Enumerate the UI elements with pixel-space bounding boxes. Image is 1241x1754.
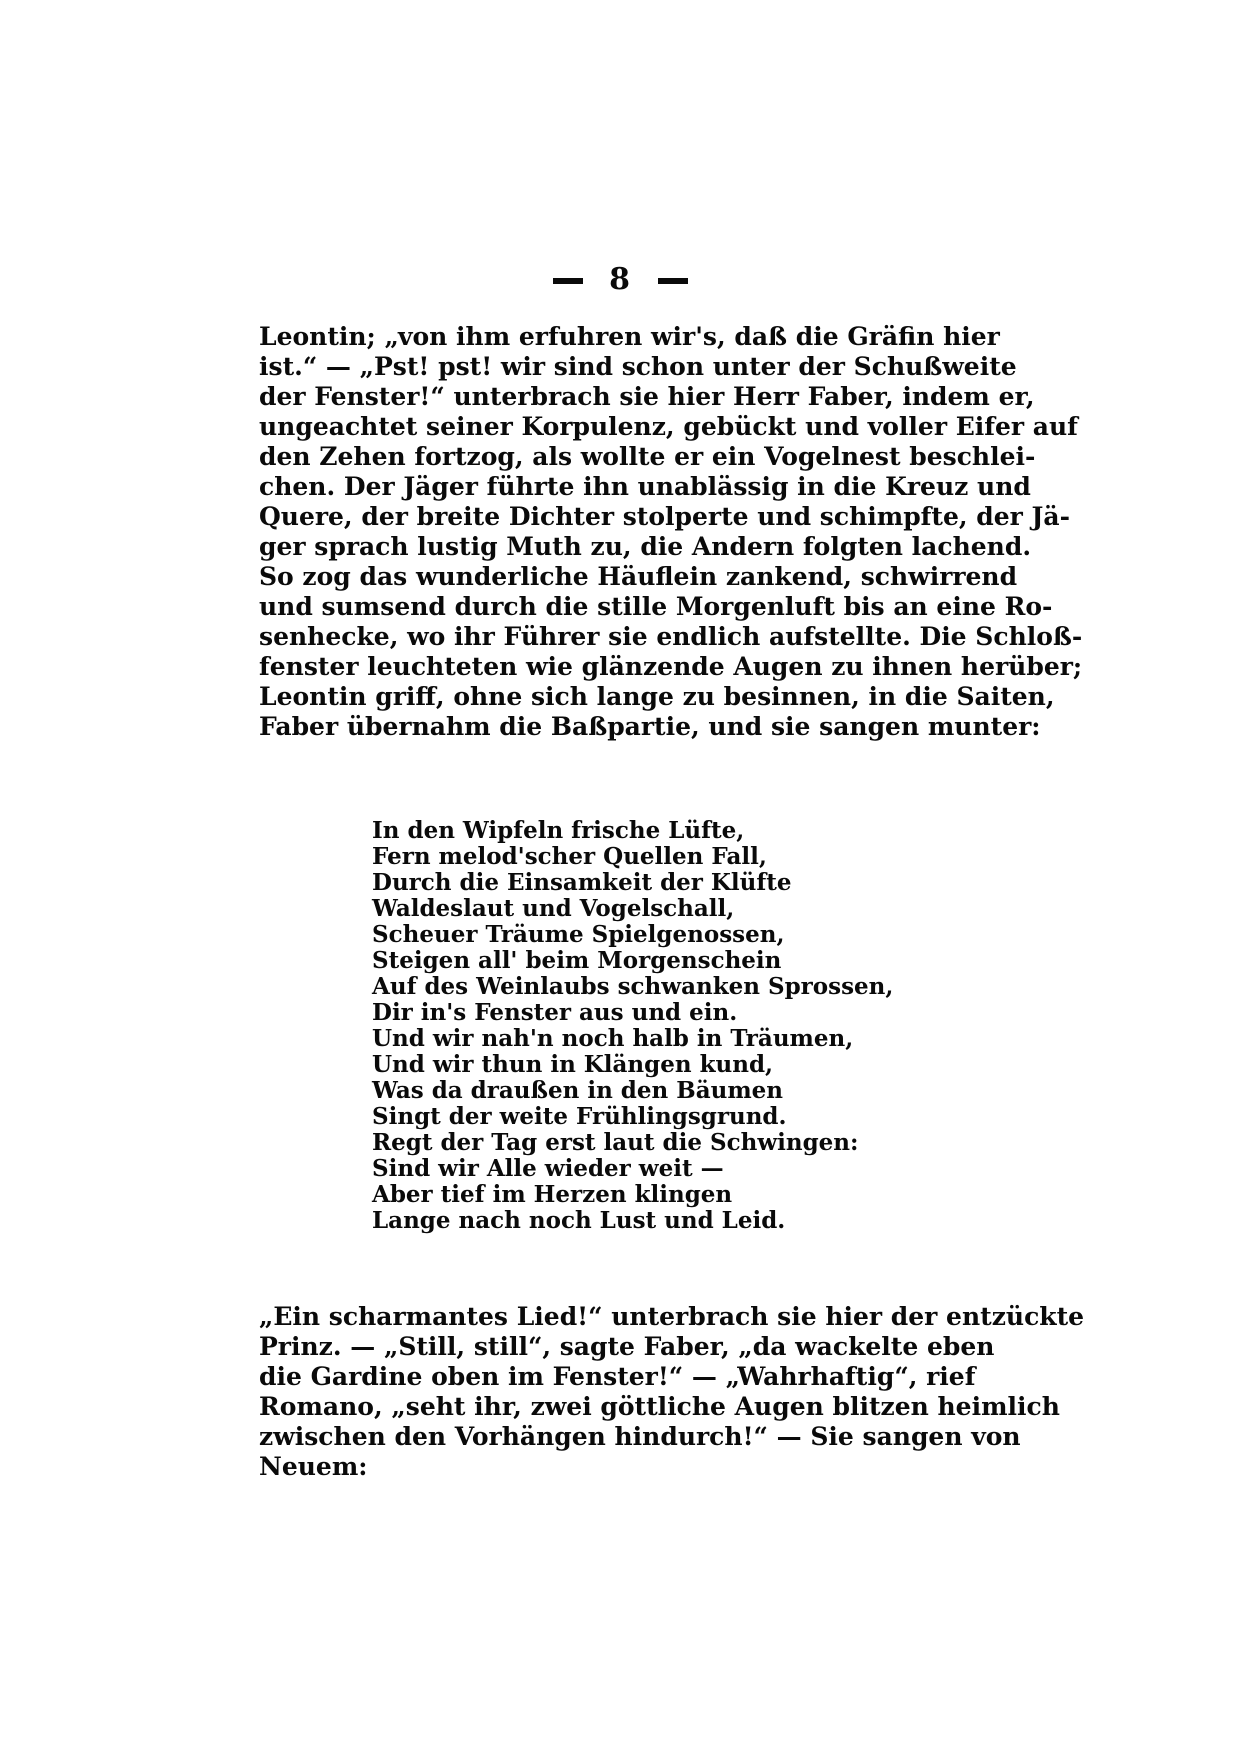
verse-line: Scheuer Träume Spielgenossen, [372,922,932,948]
verse-line: Lange nach noch Lust und Leid. [372,1208,932,1234]
verse-line: Dir in's Fenster aus und ein. [372,1000,932,1026]
verse-line: Und wir nah'n noch halb in Träumen, [372,1026,932,1052]
verse-line: Singt der weite Frühlingsgrund. [372,1104,932,1130]
text-line: „Ein scharmantes Lied!“ unterbrach sie h… [259,1302,971,1332]
verse-line: Waldeslaut und Vogelschall, [372,896,932,922]
verse-line: Was da draußen in den Bäumen [372,1078,932,1104]
verse-line: Regt der Tag erst laut die Schwingen: [372,1130,932,1156]
text-line: Prinz. — „Still, still“, sagte Faber, „d… [259,1332,971,1362]
left-dash-ornament [553,278,583,284]
text-line: den Zehen fortzog, als wollte er ein Vog… [259,442,971,472]
page-number: 8 [609,262,632,297]
verse-line: Auf des Weinlaubs schwanken Sprossen, [372,974,932,1000]
text-line: Quere, der breite Dichter stolperte und … [259,502,971,532]
text-line: die Gardine oben im Fenster!“ — „Wahrhaf… [259,1362,971,1392]
text-line: zwischen den Vorhängen hindurch!“ — Sie … [259,1422,971,1452]
text-line: ist.“ — „Pst! pst! wir sind schon unter … [259,352,971,382]
right-dash-ornament [658,278,688,284]
text-line: Faber übernahm die Baßpartie, und sie sa… [259,712,971,742]
verse-line: Durch die Einsamkeit der Klüfte [372,870,932,896]
verse-line: Sind wir Alle wieder weit — [372,1156,932,1182]
text-line: ger sprach lustig Muth zu, die Andern fo… [259,532,971,562]
book-page: 8 Leontin; „von ihm erfuhren wir's, daß … [0,0,1241,1754]
text-line: ungeachtet seiner Korpulenz, gebückt und… [259,412,971,442]
page-number-header: 8 [0,262,1241,297]
text-line: So zog das wunderliche Häuflein zankend,… [259,562,971,592]
text-line: Neuem: [259,1452,971,1482]
text-line: senhecke, wo ihr Führer sie endlich aufs… [259,622,971,652]
verse-line: Aber tief im Herzen klingen [372,1182,932,1208]
text-line: Romano, „seht ihr, zwei göttliche Augen … [259,1392,971,1422]
text-line: fenster leuchteten wie glänzende Augen z… [259,652,971,682]
text-line: der Fenster!“ unterbrach sie hier Herr F… [259,382,971,412]
text-line: chen. Der Jäger führte ihn unablässig in… [259,472,971,502]
paragraph-1: Leontin; „von ihm erfuhren wir's, daß di… [259,322,971,742]
verse-line: Steigen all' beim Morgenschein [372,948,932,974]
verse-line: Fern melod'scher Quellen Fall, [372,844,932,870]
text-line: und sumsend durch die stille Morgenluft … [259,592,971,622]
paragraph-2: „Ein scharmantes Lied!“ unterbrach sie h… [259,1302,971,1482]
text-line: Leontin; „von ihm erfuhren wir's, daß di… [259,322,971,352]
verse-line: In den Wipfeln frische Lüfte, [372,818,932,844]
text-line: Leontin griff, ohne sich lange zu besinn… [259,682,971,712]
verse-line: Und wir thun in Klängen kund, [372,1052,932,1078]
poem-verse: In den Wipfeln frische Lüfte, Fern melod… [372,818,932,1234]
